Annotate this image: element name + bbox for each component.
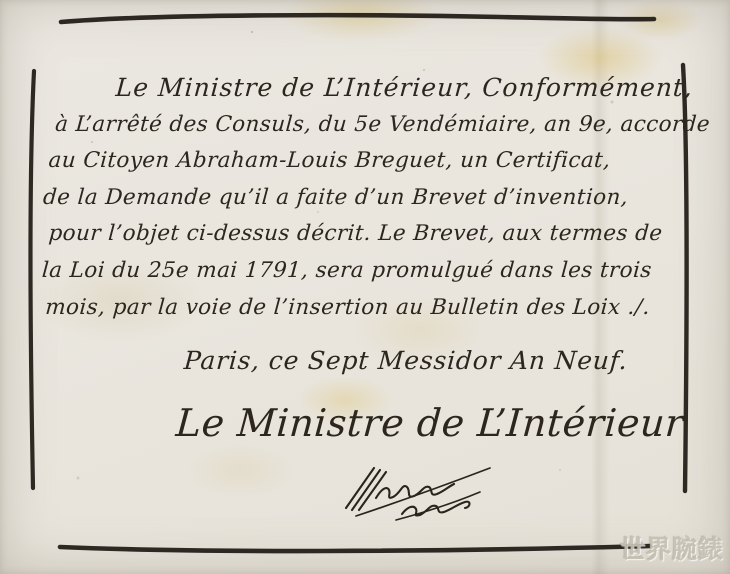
signature-stroke bbox=[346, 468, 374, 508]
document-line: la Loi du 25e mai 1791, sera promulgué d… bbox=[41, 253, 687, 290]
document-page: Le Ministre de L’Intérieur, Conformément… bbox=[0, 0, 730, 574]
border-bottom-line bbox=[60, 546, 650, 551]
document-line: à L’arrêté des Consuls, du 5e Vendémiair… bbox=[54, 107, 697, 144]
border-left-line bbox=[31, 71, 35, 488]
document-line: mois, par la voie de l’insertion au Bull… bbox=[44, 290, 684, 327]
closing-title: Le Ministre de L’Intérieur bbox=[174, 401, 685, 445]
border-top-line bbox=[61, 15, 654, 22]
document-line: pour l’objet ci-dessus décrit. Le Brevet… bbox=[47, 216, 689, 253]
signature-stroke bbox=[352, 470, 380, 510]
document-line: Le Ministre de L’Intérieur, Conformément… bbox=[114, 70, 699, 107]
dateline: Paris, ce Sept Messidor An Neuf. bbox=[183, 346, 629, 375]
signature-scribble bbox=[338, 460, 503, 524]
document-line: au Citoyen Abraham-Louis Breguet, un Cer… bbox=[47, 143, 694, 180]
watermark: 世界腕錶 bbox=[620, 530, 724, 566]
document-body: Le Ministre de L’Intérieur, Conformément… bbox=[33, 70, 699, 326]
document-line: de la Demande qu’il a faite d’un Brevet … bbox=[42, 180, 692, 217]
